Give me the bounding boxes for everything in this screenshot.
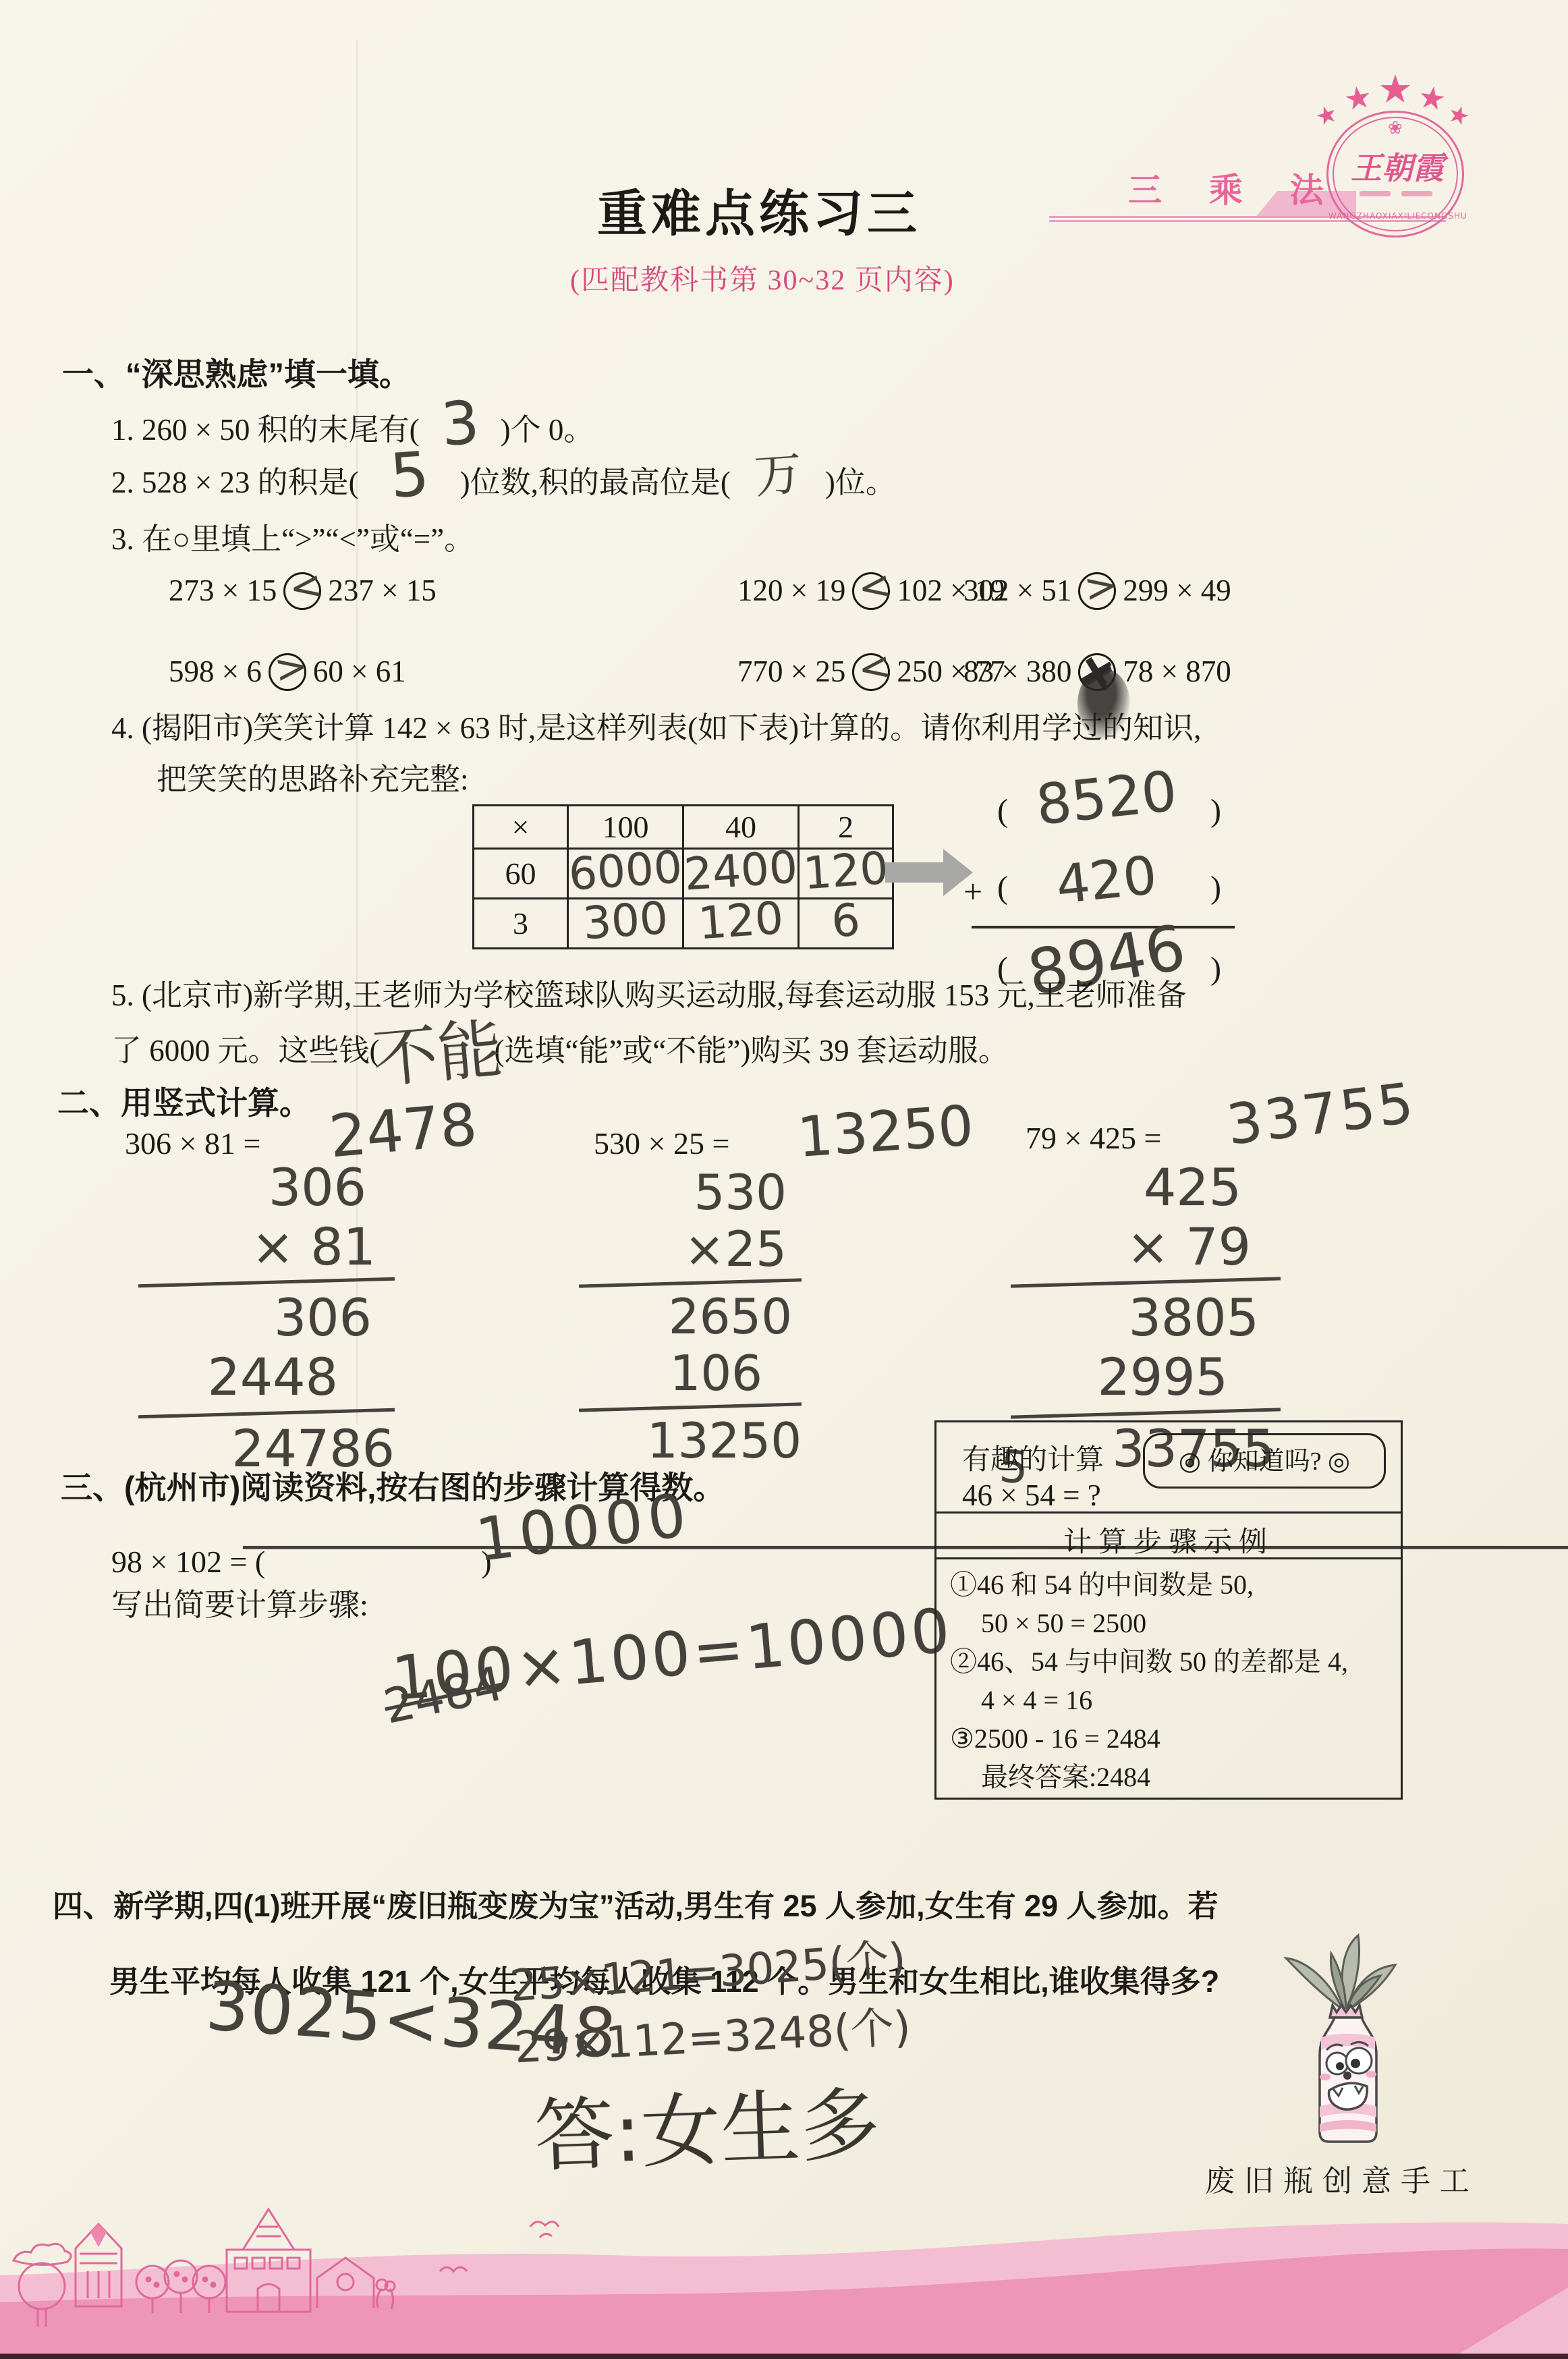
handwritten-addend2: 420 bbox=[1053, 845, 1159, 916]
box-divider bbox=[936, 1511, 1401, 1514]
q3-header: 3. 在○里填上“>”“<”或“=”。 bbox=[111, 514, 474, 558]
you-know-badge: ◎ 你知道吗? ◎ bbox=[1143, 1433, 1386, 1489]
problem1-vertical-work: 306 × 81 306 2448 24786 bbox=[138, 1158, 395, 1478]
work-line: 306 bbox=[138, 1288, 395, 1348]
work-rule bbox=[1011, 1277, 1281, 1288]
section1-header: 一、“深思熟虑”填一填。 bbox=[62, 350, 411, 395]
workbook-page: 重难点练习三 (匹配教科书第 30~32 页内容) 三 乘 法 ★ ★ ★ ★ … bbox=[0, 0, 1568, 2359]
work-line: 2995 bbox=[1011, 1348, 1281, 1407]
hw-final-answer: 答:女生多 bbox=[532, 2060, 881, 2187]
q2-text-post: )位。 bbox=[825, 466, 896, 499]
box-step: 50 × 50 = 2500 bbox=[950, 1604, 1391, 1642]
comparison-left: 83 × 380 bbox=[963, 655, 1071, 688]
q4-text-line1: 4. (揭阳市)笑笑计算 142 × 63 时,是这样列表(如下表)计算的。请你… bbox=[111, 703, 1201, 747]
problem3-equation: 79 × 425 = bbox=[1026, 1120, 1161, 1156]
comparison-circle: < bbox=[283, 572, 321, 610]
open-paren: ( bbox=[997, 792, 1008, 829]
comparison-left: 273 × 15 bbox=[169, 574, 277, 607]
table-cell: 120 bbox=[798, 849, 893, 899]
handwritten-mark: < bbox=[287, 561, 326, 611]
star-icon: ★ bbox=[1341, 78, 1374, 118]
close-paren: ) bbox=[1210, 950, 1221, 987]
q2-text-pre: 2. 528 × 23 的积是( bbox=[111, 466, 359, 499]
q5-handwritten-answer: 不能 bbox=[368, 997, 505, 1101]
q1-text-post: )个 0。 bbox=[501, 413, 594, 447]
work-line: 2448 bbox=[138, 1348, 395, 1407]
work-line: 530 bbox=[579, 1165, 802, 1221]
sec3-handwritten-step: 100×100=10000 bbox=[389, 1595, 955, 1715]
bird-icon bbox=[530, 2221, 559, 2238]
chapter-tab: 三 乘 法 bbox=[1128, 163, 1343, 212]
handwritten-mark: > bbox=[271, 642, 310, 692]
box-example-header: 计算步骤示例 bbox=[936, 1520, 1401, 1560]
problem2-vertical-work: 530 ×25 2650 106 13250 bbox=[579, 1165, 802, 1470]
star-icon: ★ bbox=[1444, 99, 1474, 132]
logo-name: 王朝霞 bbox=[1328, 144, 1466, 188]
table-header-cell: × bbox=[474, 806, 568, 849]
q2-handwritten-answer-2: 万 bbox=[752, 436, 804, 507]
box-title: 有趣的计算 bbox=[962, 1437, 1104, 1478]
q5-text-pre: 了 6000 元。这些钱( bbox=[111, 1034, 380, 1067]
sec3-steps-label: 写出简要计算步骤: bbox=[111, 1580, 368, 1625]
castle-roof bbox=[243, 2209, 294, 2250]
box-step: 4 × 4 = 16 bbox=[950, 1681, 1391, 1719]
work-line: 3805 bbox=[1011, 1288, 1281, 1348]
comparison-right: 299 × 49 bbox=[1123, 574, 1231, 607]
close-paren: ) bbox=[1210, 792, 1221, 829]
box-step: ②46、54 与中间数 50 的差都是 4, bbox=[950, 1642, 1391, 1681]
q2-line: 2. 528 × 23 的积是(5)位数,积的最高位是(万)位。 bbox=[111, 457, 896, 501]
comparison-item: 273 × 15<237 × 15 bbox=[169, 572, 437, 610]
comparison-left: 120 × 19 bbox=[737, 574, 845, 607]
work-rule bbox=[1011, 1408, 1281, 1418]
block-arrow-icon bbox=[885, 862, 943, 883]
handwritten-mark: > bbox=[1082, 561, 1121, 611]
comparison-left: 770 × 25 bbox=[737, 655, 845, 688]
logo-roman-text: WANGZHAOXIAXILIECONGSHU bbox=[1328, 211, 1466, 221]
work-rule bbox=[138, 1277, 395, 1288]
plus-sign: + bbox=[963, 872, 982, 911]
handwritten-value: 6 bbox=[797, 891, 893, 949]
logo-stamp: ★ ★ ★ ★ ★ ❀ 王朝霞 WANGZHAOXIAXILIECONGSHU bbox=[1314, 62, 1476, 231]
table-row-label: 60 bbox=[474, 849, 568, 899]
q1-handwritten-answer: 3 bbox=[439, 387, 481, 460]
page-title: 重难点练习三 bbox=[597, 174, 921, 246]
comparison-right: 60 × 61 bbox=[313, 655, 406, 688]
problem2-equation: 530 × 25 = bbox=[594, 1126, 729, 1161]
q1-text-pre: 1. 260 × 50 积的末尾有( bbox=[111, 413, 420, 447]
work-line: 425 bbox=[1011, 1158, 1281, 1217]
work-rule bbox=[579, 1278, 802, 1287]
logo-motto-bar bbox=[1360, 191, 1391, 196]
sec3-equation-line: 98 × 102 = () bbox=[111, 1544, 492, 1580]
q2-text-mid: )位数,积的最高位是( bbox=[460, 466, 731, 499]
flower-icon: ❀ bbox=[1388, 118, 1403, 138]
q5-line2: 了 6000 元。这些钱(不能(选填“能”或“不能”)购买 39 套运动服。 bbox=[111, 1026, 1009, 1070]
pencil-tip bbox=[90, 2224, 107, 2247]
work-line: × 81 bbox=[138, 1217, 395, 1277]
star-icon: ★ bbox=[1416, 78, 1449, 118]
q5-text-line1: 5. (北京市)新学期,王老师为学校篮球队购买运动服,每套运动服 153 元,王… bbox=[111, 970, 1187, 1014]
section2-header: 二、用竖式计算。 bbox=[57, 1078, 311, 1123]
problem2-handwritten-answer: 13250 bbox=[795, 1094, 976, 1170]
q2-handwritten-answer-1: 5 bbox=[387, 439, 430, 512]
box-step: ①46 和 54 的中间数是 50, bbox=[950, 1565, 1391, 1604]
table-cell: 6000 bbox=[568, 849, 683, 899]
box-step: 最终答案:2484 bbox=[950, 1758, 1391, 1796]
table-cell: 120 bbox=[683, 899, 798, 949]
handwritten-value: 300 bbox=[567, 891, 684, 951]
work-line: × 79 bbox=[1011, 1217, 1281, 1277]
fun-calculation-box: 有趣的计算 46 × 54 = ? ◎ 你知道吗? ◎ 计算步骤示例 ①46 和… bbox=[934, 1420, 1403, 1800]
bottle-vase-illustration bbox=[1267, 1930, 1429, 2153]
sum-addend1-row: ( 8520 ) bbox=[992, 775, 1221, 849]
scan-bottom-edge bbox=[0, 2354, 1568, 2359]
work-line: 13250 bbox=[579, 1413, 802, 1470]
table-row-label: 3 bbox=[474, 899, 568, 949]
handwritten-value: 120 bbox=[682, 891, 799, 951]
work-line: 306 bbox=[138, 1158, 395, 1217]
footer-decoration bbox=[0, 2207, 1568, 2359]
handwritten-value: 120 bbox=[797, 841, 893, 899]
comparison-item: 83 × 380✕78 × 870 bbox=[963, 653, 1231, 691]
box-steps: ①46 和 54 的中间数是 50, 50 × 50 = 2500 ②46、54… bbox=[950, 1565, 1391, 1796]
q4-text-line2: 把笑笑的思路补充完整: bbox=[157, 754, 469, 798]
box-divider bbox=[936, 1557, 1401, 1559]
star-icon: ★ bbox=[1378, 66, 1413, 112]
comparison-circle: > bbox=[269, 653, 306, 691]
castle-roof-detail bbox=[256, 2227, 281, 2236]
comparison-right: 78 × 870 bbox=[1123, 655, 1231, 688]
vase-caption: 废旧瓶创意手工 bbox=[1205, 2157, 1479, 2200]
comparison-item: 302 × 51>299 × 49 bbox=[963, 572, 1231, 610]
comparison-circle: < bbox=[852, 572, 890, 610]
box-equation: 46 × 54 = ? bbox=[962, 1478, 1101, 1513]
table-cell: 300 bbox=[568, 899, 683, 949]
table-cell: 2400 bbox=[683, 849, 798, 899]
comparison-circle: < bbox=[852, 653, 890, 691]
work-line: 2650 bbox=[579, 1289, 802, 1345]
work-rule bbox=[138, 1408, 395, 1418]
comparison-circle: ✕ bbox=[1078, 653, 1116, 691]
page-subtitle: (匹配教科书第 30~32 页内容) bbox=[570, 258, 955, 298]
cloud-icon bbox=[13, 2244, 71, 2265]
box-step: ③2500 - 16 = 2484 bbox=[950, 1719, 1391, 1758]
work-rule bbox=[579, 1402, 802, 1412]
problem1-equation: 306 × 81 = bbox=[125, 1126, 260, 1161]
multiplication-grid-table: × 100 40 2 60 6000 2400 120 3 300 120 6 bbox=[472, 804, 894, 949]
logo-motto-bar bbox=[1401, 191, 1432, 196]
comparison-left: 598 × 6 bbox=[169, 655, 262, 688]
comparison-circle: > bbox=[1078, 572, 1116, 610]
plant-leaves-icon bbox=[1286, 1935, 1395, 2009]
q5-text-post: (选填“能”或“不能”)购买 39 套运动服。 bbox=[495, 1034, 1009, 1067]
table-cell: 6 bbox=[798, 899, 893, 949]
open-paren: ( bbox=[997, 869, 1008, 906]
star-icon: ★ bbox=[1312, 99, 1341, 132]
problem3-handwritten-answer: 33755 bbox=[1223, 1071, 1419, 1158]
close-paren: ) bbox=[1210, 869, 1221, 906]
section4-text-line1: 四、新学期,四(1)班开展“废旧瓶变废为宝”活动,男生有 25 人参加,女生有 … bbox=[53, 1881, 1530, 1925]
sec3-equation-pre: 98 × 102 = ( bbox=[111, 1545, 265, 1579]
comparison-right: 237 × 15 bbox=[328, 574, 436, 607]
comparison-left: 302 × 51 bbox=[963, 574, 1071, 607]
work-line: 106 bbox=[579, 1345, 802, 1402]
handwritten-mark: < bbox=[856, 561, 895, 611]
handwritten-mark: < bbox=[856, 642, 895, 692]
q1-line: 1. 260 × 50 积的末尾有(3)个 0。 bbox=[111, 405, 594, 449]
handwritten-addend1: 8520 bbox=[1033, 759, 1179, 837]
comparison-item: 598 × 6>60 × 61 bbox=[169, 653, 406, 691]
sum-addend2-row: + ( 420 ) bbox=[992, 852, 1221, 926]
work-line: ×25 bbox=[579, 1221, 802, 1278]
